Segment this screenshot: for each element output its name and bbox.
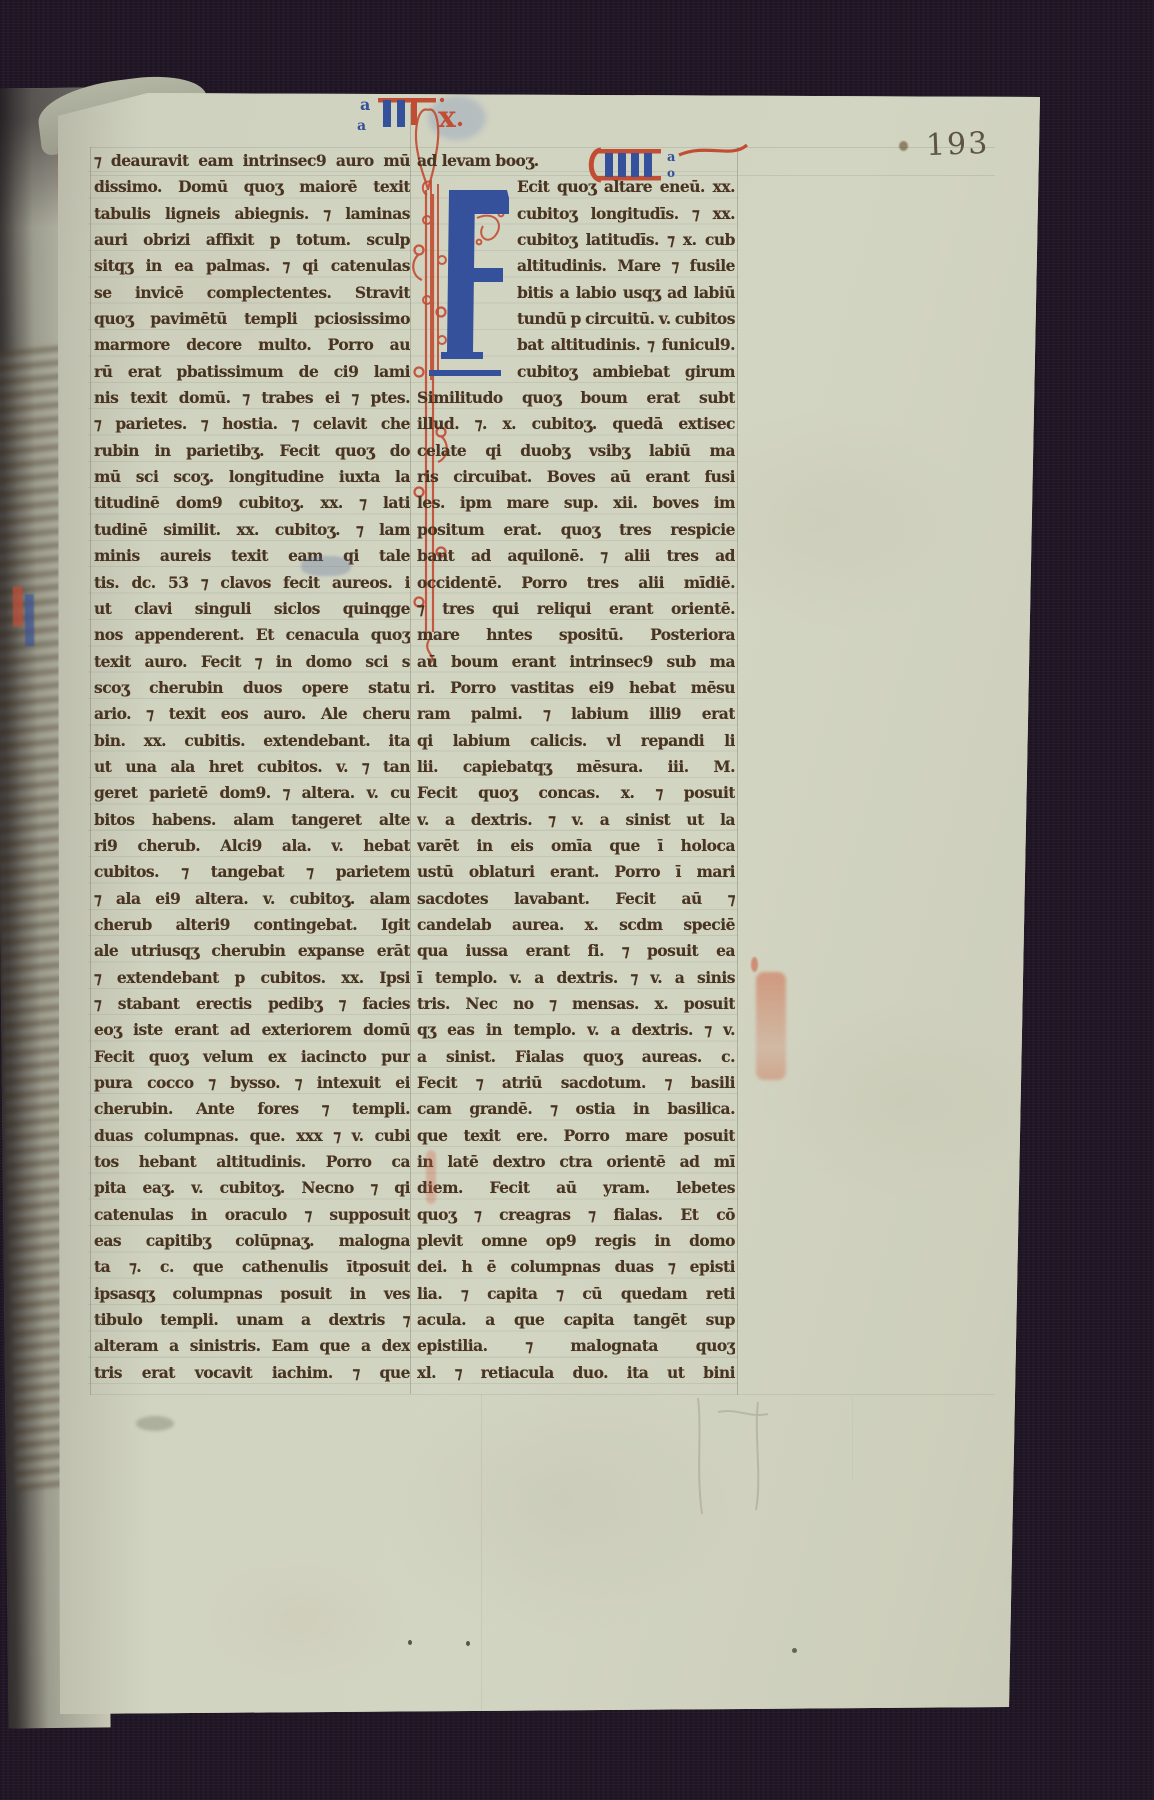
manuscript-text-line: quoʒ ⁊ creagras ⁊ fialas. Et cō xyxy=(417,1202,735,1228)
red-initial-mark xyxy=(13,586,23,626)
chapter-superscript: a xyxy=(667,150,676,165)
manuscript-text-line: acula. a que capita tangēt sup xyxy=(417,1307,735,1333)
manuscript-text-line: duas columpnas. que. xxx ⁊ v. cubi xyxy=(94,1123,410,1149)
manuscript-text-line: ut clavi singuli siclos quinqge xyxy=(94,596,410,622)
text-column-left: ⁊ deauravit eam intrinsec9 auro mūdissim… xyxy=(94,148,410,1386)
manuscript-text-line: qi labium calicis. vl repandi li xyxy=(417,728,735,754)
manuscript-text-line: lii. capiebatqʒ mēsura. iii. M. xyxy=(417,754,735,780)
manuscript-text-line: Fecit quoʒ concas. x. ⁊ posuit xyxy=(417,780,735,806)
manuscript-photo: a a x 193 xyxy=(0,0,1154,1800)
manuscript-text-line: ri. Porro vastitas ei9 hebat mēsu xyxy=(417,675,735,701)
manuscript-text-line: bat altitudinis. ⁊ funicul9. xxx. xyxy=(517,332,735,358)
show-through-strokes xyxy=(688,1392,868,1532)
smudge xyxy=(136,1416,174,1431)
manuscript-text-line: tris. Nec no ⁊ mensas. x. posuit xyxy=(417,991,735,1017)
manuscript-text-line: Fecit quoʒ velum ex iacincto pur xyxy=(94,1044,410,1070)
text-column-right: ad levam booʒ. a o xyxy=(417,148,735,1386)
manuscript-text-line: celate qi duobʒ vsibʒ labiū ma xyxy=(417,438,735,464)
manuscript-text-line: cherub alteri9 contingebat. Igit xyxy=(94,912,410,938)
blue-initial-mark xyxy=(25,594,35,646)
manuscript-text-line: minis aureis texit eam qi tale xyxy=(94,543,410,569)
manuscript-text-line: pura cocco ⁊ bysso. ⁊ intexuit ei xyxy=(94,1070,410,1096)
manuscript-text-line: qʒ eas in templo. v. a dextris. ⁊ v. xyxy=(417,1017,735,1043)
ink-spot xyxy=(899,141,908,151)
manuscript-text-line: ad levam booʒ. a o xyxy=(417,148,735,174)
manuscript-text-line: Similitudo quoʒ boum erat subt xyxy=(417,385,735,411)
manuscript-text-line: rū erat pbatissimum de ci9 lami xyxy=(94,359,410,385)
manuscript-text-line: cubitoʒ latitudīs. ⁊ x. cub xyxy=(517,227,735,253)
manuscript-text-line: ī templo. v. a dextris. ⁊ v. a sinis xyxy=(417,965,735,991)
manuscript-text-line: ale utriusqʒ cherubin expanse erāt xyxy=(94,938,410,964)
manuscript-text-line: se invicē complectentes. Stravit xyxy=(94,280,410,306)
manuscript-text-line: nis texit domū. ⁊ trabes ei ⁊ ptes. xyxy=(94,385,410,411)
manuscript-text-line: plevit omne op9 regis in domo xyxy=(417,1228,735,1254)
ink-spot xyxy=(792,1648,797,1653)
manuscript-text-line: ⁊ ala ei9 altera. v. cubitoʒ. alam xyxy=(94,886,410,912)
running-title: a a x xyxy=(356,86,476,144)
manuscript-text-line: sacdotes lavabant. Fecit aū ⁊ xyxy=(417,886,735,912)
manuscript-text-line: ⁊ tres qui reliqui erant orientē. xyxy=(417,596,735,622)
manuscript-text-line: bin. xx. cubitis. extendebant. ita xyxy=(94,728,410,754)
manuscript-text-line: epistilia. ⁊ malognata quoʒ xyxy=(417,1333,735,1359)
manuscript-text-line: cubitos. ⁊ tangebat ⁊ parietem xyxy=(94,859,410,885)
manuscript-text-line: tos hebant altitudinis. Porro ca xyxy=(94,1149,410,1175)
manuscript-text-line: ustū oblaturi erant. Porro ī mari xyxy=(417,859,735,885)
manuscript-text-line: ipsasqʒ columpnas posuit in ves xyxy=(94,1281,410,1307)
text-column-right-body: Ecit quoʒ altare eneū. xx.cubitoʒ longit… xyxy=(417,174,735,1386)
manuscript-text-line: ⁊ deauravit eam intrinsec9 auro mū xyxy=(94,148,410,174)
manuscript-text-line: bitis a labio usqʒ ad labiū to xyxy=(517,280,735,306)
red-ink-offset xyxy=(751,957,758,972)
manuscript-text-line: cam grandē. ⁊ ostia in basilica. xyxy=(417,1096,735,1122)
manuscript-text-line: sitqʒ in ea palmas. ⁊ qi catenulas xyxy=(94,253,410,279)
manuscript-text-line: mare hntes spositū. Posteriora xyxy=(417,622,735,648)
manuscript-text-line: a sinist. Fialas quoʒ aureas. c. xyxy=(417,1044,735,1070)
manuscript-text-line: candelab aurea. x. scdm speciē xyxy=(417,912,735,938)
manuscript-text-line: catenulas in oraculo ⁊ supposuit xyxy=(94,1202,410,1228)
ink-spot xyxy=(466,1641,470,1646)
manuscript-text-line: ris circuibat. Boves aū erant fusi xyxy=(417,464,735,490)
line-end-previous-chapter: ad levam booʒ. xyxy=(417,148,539,174)
manuscript-text-line: diem. Fecit aū yram. lebetes xyxy=(417,1175,735,1201)
manuscript-text-line: tis. dc. 53 ⁊ clavos fecit aureos. i xyxy=(94,570,410,596)
crease-line xyxy=(481,1394,482,1710)
text-column-left-lines: ⁊ deauravit eam intrinsec9 auro mūdissim… xyxy=(94,148,410,1386)
manuscript-text-line: que texit ere. Porro mare posuit xyxy=(417,1123,735,1149)
manuscript-text-line: auri obrizi affixit p totum. sculp xyxy=(94,227,410,253)
manuscript-text-line: varēt in eis omīa que ī holoca xyxy=(417,833,735,859)
crease-line xyxy=(852,1396,853,1481)
manuscript-text-line: tibulo templi. unam a dextris ⁊ xyxy=(94,1307,410,1333)
manuscript-text-line: v. a dextris. ⁊ v. a sinist ut la xyxy=(417,807,735,833)
manuscript-text-line: texit auro. Fecit ⁊ in domo sci s xyxy=(94,649,410,675)
manuscript-text-line: dei. h ē columpnas duas ⁊ episti xyxy=(417,1254,735,1280)
manuscript-text-line: bitos habens. alam tangeret alte xyxy=(94,807,410,833)
manuscript-text-line: scoʒ cherubin duos opere statu xyxy=(94,675,410,701)
ink-spot xyxy=(408,1640,412,1645)
manuscript-text-line: lia. ⁊ capita ⁊ cū quedam reti xyxy=(417,1281,735,1307)
manuscript-text-line: ario. ⁊ texit eos auro. Ale cheru xyxy=(94,701,410,727)
manuscript-text-line: cubitoʒ longitudīs. ⁊ xx. xyxy=(517,201,735,227)
manuscript-text-line: quoʒ pavimētū templi pciosissimo xyxy=(94,306,410,332)
manuscript-text-line: tabulis ligneis abiegnis. ⁊ laminas xyxy=(94,201,410,227)
manuscript-text-line: Fecit ⁊ atriū sacdotum. ⁊ basili xyxy=(417,1070,735,1096)
manuscript-text-line: illud. ⁊. x. cubitoʒ. quedā extisec xyxy=(417,411,735,437)
manuscript-text-line: in latē dextro ctra orientē ad mī xyxy=(417,1149,735,1175)
manuscript-text-line: qua iussa erant fi. ⁊ posuit ea xyxy=(417,938,735,964)
manuscript-text-line: pita eaʒ. v. cubitoʒ. Necno ⁊ qi xyxy=(94,1175,410,1201)
manuscript-text-line: mū sci scoʒ. longitudine iuxta la xyxy=(94,464,410,490)
manuscript-text-line: tris erat vocavit iachim. ⁊ que xyxy=(94,1360,410,1386)
manuscript-text-line: ⁊ stabant erectis pedibʒ ⁊ facies xyxy=(94,991,410,1017)
running-title-glyph: x xyxy=(438,100,457,135)
manuscript-text-line: bant ad aquilonē. ⁊ alii tres ad xyxy=(417,543,735,569)
manuscript-text-line: aū boum erant intrinsec9 sub ma xyxy=(417,649,735,675)
manuscript-text-line: occidentē. Porro tres alii mīdiē. xyxy=(417,570,735,596)
ruling-line xyxy=(90,1394,995,1395)
running-title-letter: a xyxy=(360,95,370,114)
manuscript-text-line: alteram a sinistris. Eam que a dex xyxy=(94,1333,410,1359)
manuscript-page: a a x 193 xyxy=(0,0,1154,1800)
manuscript-text-line: ⁊ parietes. ⁊ hostia. ⁊ celavit che xyxy=(94,411,410,437)
manuscript-text-line: tudinē similit. xx. cubitoʒ. ⁊ lam xyxy=(94,517,410,543)
manuscript-text-line: Ecit quoʒ altare eneū. xx. xyxy=(517,174,735,200)
manuscript-text-line: xl. ⁊ retiacula duo. ita ut bini xyxy=(417,1360,735,1386)
manuscript-text-line: cherubin. Ante fores ⁊ templi. xyxy=(94,1096,410,1122)
manuscript-text-line: les. ipm mare sup. xii. boves im xyxy=(417,490,735,516)
manuscript-text-line: tundū p circuitū. v. cubitos se xyxy=(517,306,735,332)
manuscript-text-line: ⁊ extendebant p cubitos. xx. Ipsi xyxy=(94,965,410,991)
red-ink-offset xyxy=(756,972,786,1080)
manuscript-text-line: eas capitibʒ colūpnaʒ. malogna xyxy=(94,1228,410,1254)
manuscript-text-line: geret parietē dom9. ⁊ altera. v. cu xyxy=(94,780,410,806)
manuscript-text-line: marmore decore multo. Porro au xyxy=(94,332,410,358)
running-title-letter: a xyxy=(357,118,366,134)
manuscript-text-line: positum erat. quoʒ tres respicie xyxy=(417,517,735,543)
manuscript-text-line: titudinē dom9 cubitoʒ. xx. ⁊ lati xyxy=(94,490,410,516)
manuscript-text-line: ram palmi. ⁊ labium illi9 erat xyxy=(417,701,735,727)
manuscript-text-line: ut una ala hret cubitos. v. ⁊ tan xyxy=(94,754,410,780)
manuscript-text-line: rubin in parietibʒ. Fecit quoʒ do xyxy=(94,438,410,464)
manuscript-text-line: nos appenderent. Et cenacula quoʒ xyxy=(94,622,410,648)
manuscript-text-line: eoʒ iste erant ad exteriorem domū xyxy=(94,1017,410,1043)
ruling-line xyxy=(90,147,91,1395)
manuscript-text-line: cubitoʒ ambiebat girum eiu xyxy=(517,359,735,385)
ruling-line xyxy=(737,147,738,1395)
manuscript-text-line: ri9 cherub. Alci9 ala. v. hebat xyxy=(94,833,410,859)
manuscript-text-line: altitudinis. Mare ⁊ fusile cu xyxy=(517,253,735,279)
drop-cap-initial-F xyxy=(417,176,509,384)
ruling-line xyxy=(410,104,411,1394)
manuscript-text-line: dissimo. Domū quoʒ maiorē texit xyxy=(94,174,410,200)
manuscript-text-line: ta ⁊. c. que cathenulis ītposuit xyxy=(94,1254,410,1280)
folio-number: 193 xyxy=(925,129,989,161)
